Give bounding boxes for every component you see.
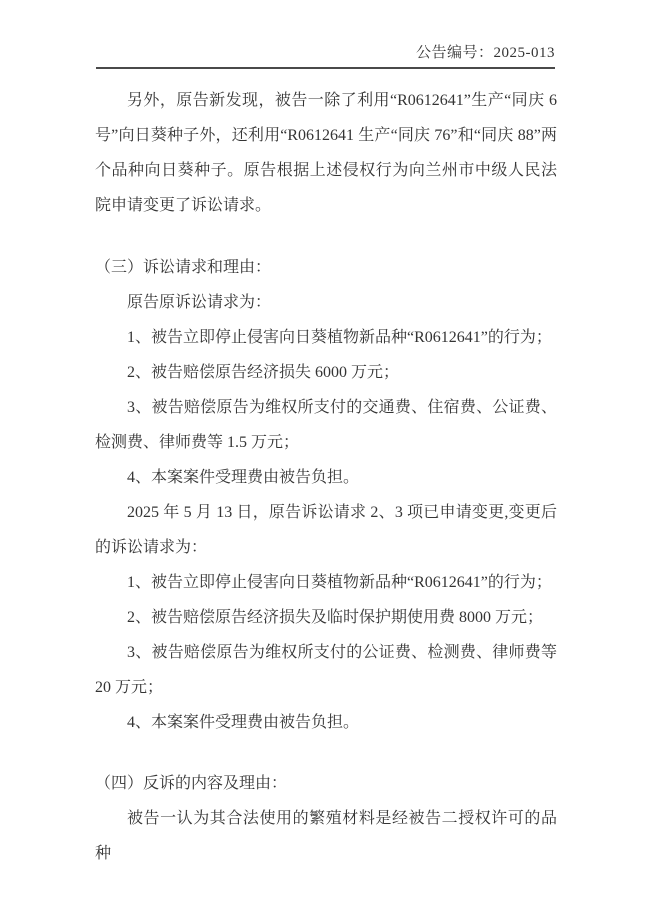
original-claim-item: 1、被告立即停止侵害向日葵植物新品种“R0612641”的行为； [95, 320, 557, 355]
original-claim-item: 2、被告赔偿原告经济损失 6000 万元； [95, 355, 557, 390]
amended-claim-item: 1、被告立即停止侵害向日葵植物新品种“R0612641”的行为； [95, 565, 557, 600]
intro-paragraph: 另外，原告新发现，被告一除了利用“R0612641”生产“同庆 6 号”向日葵种… [95, 83, 557, 223]
amended-claims-intro: 2025 年 5 月 13 日，原告诉讼请求 2、3 项已申请变更,变更后的诉讼… [95, 495, 557, 565]
amended-claim-item: 2、被告赔偿原告经济损失及临时保护期使用费 8000 万元； [95, 600, 557, 635]
original-claim-item: 3、被告赔偿原告为维权所支付的交通费、住宿费、公证费、检测费、律师费等 1.5 … [95, 390, 557, 460]
amended-claim-item: 4、本案案件受理费由被告负担。 [95, 705, 557, 740]
header-divider [96, 67, 555, 69]
section4-heading: （四）反诉的内容及理由： [95, 766, 557, 801]
counterclaim-paragraph: 被告一认为其合法使用的繁殖材料是经被告二授权许可的品种 [95, 801, 557, 871]
original-claim-item: 4、本案案件受理费由被告负担。 [95, 460, 557, 495]
doc-number-label: 公告编号：2025-013 [0, 41, 555, 62]
section3-heading: （三）诉讼请求和理由： [95, 250, 557, 285]
original-claims-intro: 原告原诉讼请求为： [95, 285, 557, 320]
document-body: 另外，原告新发现，被告一除了利用“R0612641”生产“同庆 6 号”向日葵种… [95, 83, 557, 871]
document-page: 公告编号：2025-013 另外，原告新发现，被告一除了利用“R0612641”… [0, 0, 650, 919]
amended-claim-item: 3、被告赔偿原告为维权所支付的公证费、检测费、律师费等 20 万元； [95, 635, 557, 705]
